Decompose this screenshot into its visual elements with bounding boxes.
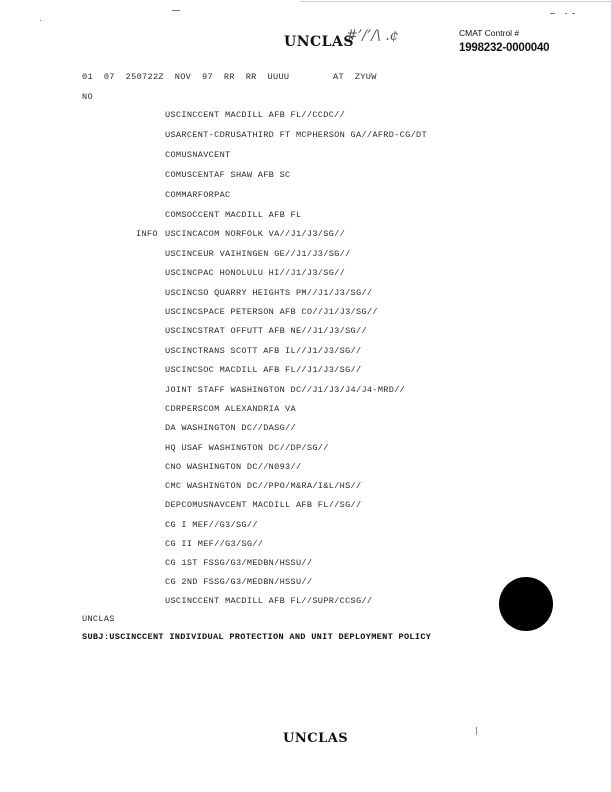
scan-speck xyxy=(476,727,477,735)
info-addressee: USCINCTRANS SCOTT AFB IL//J1/J3/SG// xyxy=(165,346,361,356)
info-addressee: CG II MEF//G3/SG// xyxy=(165,539,263,549)
scan-speck xyxy=(565,13,567,14)
scan-top-edge xyxy=(300,1,611,2)
info-addressee: CG 2ND FSSG/G3/MEDBN/HSSU// xyxy=(165,577,312,587)
info-addressee: CMC WASHINGTON DC//PPO/M&RA/I&L/HS// xyxy=(165,481,361,491)
info-addressee: USCINCSTRAT OFFUTT AFB NE//J1/J3/SG// xyxy=(165,326,367,336)
info-label: INFO xyxy=(136,229,158,239)
info-addressee: HQ USAF WASHINGTON DC//DP/SG// xyxy=(165,443,329,453)
addressee: COMUSNAVCENT xyxy=(165,150,231,160)
footer-classification: UNCLAS xyxy=(283,731,348,746)
scan-speck xyxy=(172,10,180,11)
body-classification: UNCLAS xyxy=(82,614,115,624)
info-addressee: CG I MEF//G3/SG// xyxy=(165,520,258,530)
addressee: COMMARFORPAC xyxy=(165,190,231,200)
info-addressee: USCINCSO QUARRY HEIGHTS PM//J1/J3/SG// xyxy=(165,288,372,298)
handwritten-annotation: #’/’/\ .¢ xyxy=(346,28,399,44)
info-addressee: CDRPERSCOM ALEXANDRIA VA xyxy=(165,404,296,414)
header-classification: UNCLAS xyxy=(284,34,354,50)
info-addressee: USCINCSOC MACDILL AFB FL//J1/J3/SG// xyxy=(165,365,361,375)
info-addressee: USCINCEUR VAIHINGEN GE//J1/J3/SG// xyxy=(165,249,351,259)
message-header-line: 01 07 250722Z NOV 97 RR RR UUUU AT ZYUW xyxy=(82,72,377,82)
addressee: COMUSCENTAF SHAW AFB SC xyxy=(165,170,291,180)
cmat-control-label: CMAT Control # xyxy=(459,28,519,38)
addressee: COMSOCCENT MACDILL AFB FL xyxy=(165,210,301,220)
addressee: USARCENT-CDRUSATHIRD FT MCPHERSON GA//AF… xyxy=(165,130,427,140)
info-addressee: USCINCPAC HONOLULU HI//J1/J3/SG// xyxy=(165,268,345,278)
info-addressee: CNO WASHINGTON DC//N093// xyxy=(165,462,301,472)
redaction-dot xyxy=(499,577,553,631)
info-addressee: DEPCOMUSNAVCENT MACDILL AFB FL//SG// xyxy=(165,500,361,510)
message-from-prefix: NO xyxy=(82,92,93,102)
subject-line: SUBJ:USCINCCENT INDIVIDUAL PROTECTION AN… xyxy=(82,632,431,642)
addressee: USCINCCENT MACDILL AFB FL//CCDC// xyxy=(165,110,345,120)
info-addressee: JOINT STAFF WASHINGTON DC//J1/J3/J4/J4-M… xyxy=(165,385,405,395)
info-addressee: USCINCACOM NORFOLK VA//J1/J3/SG// xyxy=(165,229,345,239)
scan-speck xyxy=(40,20,41,21)
info-addressee: USCINCCENT MACDILL AFB FL//SUPR/CCSG// xyxy=(165,596,372,606)
cmat-control-number: 1998232-0000040 xyxy=(459,42,549,54)
info-addressee: CG 1ST FSSG/G3/MEDBN/HSSU// xyxy=(165,558,312,568)
info-addressee: DA WASHINGTON DC//DASG// xyxy=(165,423,296,433)
scan-speck xyxy=(550,13,555,14)
info-addressee: USCINCSPACE PETERSON AFB CO//J1/J3/SG// xyxy=(165,307,378,317)
scan-speck xyxy=(572,13,575,14)
